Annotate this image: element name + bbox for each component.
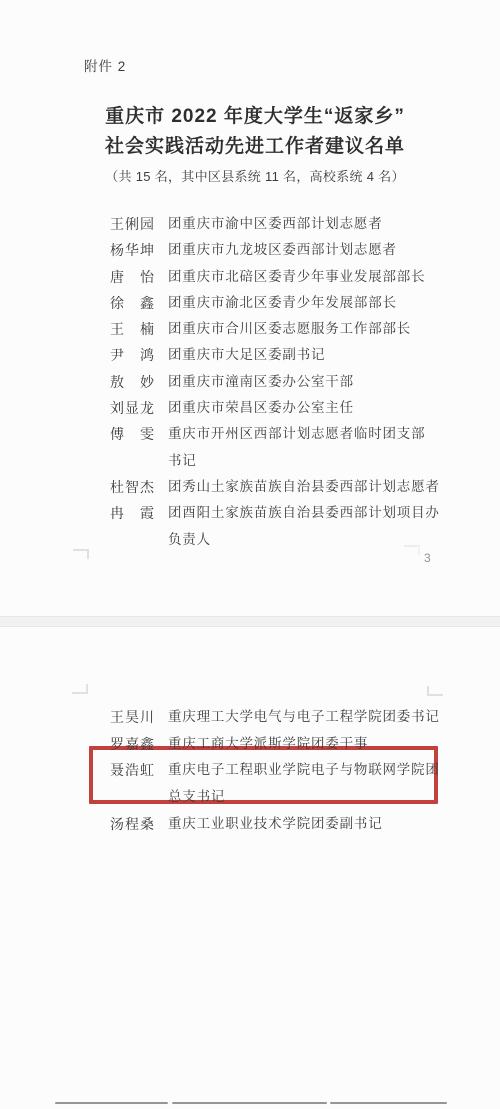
list-entry: 杨华坤团重庆市九龙坡区委西部计划志愿者 xyxy=(110,237,440,263)
list-entry: 刘显龙团重庆市荣昌区委办公室主任 xyxy=(110,395,440,421)
list-entry: 徐 鑫团重庆市渝北区委青少年发展部部长 xyxy=(110,290,440,316)
document-title-line-1: 重庆市 2022 年度大学生“返家乡” xyxy=(20,102,490,132)
list-entry: 王 楠团重庆市合川区委志愿服务工作部部长 xyxy=(110,316,440,342)
entry-name: 聂浩虹 xyxy=(110,757,156,784)
entry-position-line: 团重庆市渝中区委西部计划志愿者 xyxy=(168,211,383,237)
entry-position-line: 团重庆市九龙坡区委西部计划志愿者 xyxy=(168,237,397,263)
page2-name-list: 王昊川重庆理工大学电气与电子工程学院团委书记罗嘉鑫重庆工商大学派斯学院团委干事聂… xyxy=(110,704,440,838)
crop-mark-icon xyxy=(427,686,443,696)
entry-position: 团秀山土家族苗族自治县委西部计划志愿者 xyxy=(168,474,440,500)
entry-position-line: 团重庆市大足区委副书记 xyxy=(168,342,325,368)
entry-position: 团重庆市荣昌区委办公室主任 xyxy=(168,395,354,421)
entry-name: 杨华坤 xyxy=(110,237,156,263)
entry-position: 重庆工商大学派斯学院团委干事 xyxy=(168,731,368,758)
list-entry: 敖 妙团重庆市潼南区委办公室干部 xyxy=(110,369,440,395)
list-entry-highlighted: 聂浩虹重庆电子工程职业学院电子与物联网学院团总支书记 xyxy=(110,757,440,810)
entry-position-line: 书记 xyxy=(168,448,425,474)
list-entry: 汤程桑重庆工业职业技术学院团委副书记 xyxy=(110,811,440,838)
list-entry: 王俐园团重庆市渝中区委西部计划志愿者 xyxy=(110,211,440,237)
entry-position-line: 团重庆市北碚区委青少年事业发展部部长 xyxy=(168,264,425,290)
entry-position: 团重庆市合川区委志愿服务工作部部长 xyxy=(168,316,411,342)
bottom-rule-segment xyxy=(172,1102,327,1104)
crop-mark-icon xyxy=(404,545,420,555)
entry-name: 王俐园 xyxy=(110,211,156,237)
entry-name: 尹 鸿 xyxy=(110,342,156,368)
page-separator xyxy=(0,616,500,627)
entry-position-line: 重庆市开州区西部计划志愿者临时团支部 xyxy=(168,421,425,447)
entry-position-line: 重庆工业职业技术学院团委副书记 xyxy=(168,811,383,838)
entry-position-line: 重庆电子工程职业学院电子与物联网学院团 xyxy=(168,757,440,784)
list-entry: 傅 雯重庆市开州区西部计划志愿者临时团支部书记 xyxy=(110,421,440,474)
entry-name: 傅 雯 xyxy=(110,421,156,447)
entry-position-line: 负责人 xyxy=(168,527,440,553)
page-number: 3 xyxy=(424,551,431,565)
crop-mark-icon xyxy=(72,684,88,694)
document-screenshot: 附件 2 重庆市 2022 年度大学生“返家乡” 社会实践活动先进工作者建议名单… xyxy=(0,0,500,1109)
entry-position: 团重庆市九龙坡区委西部计划志愿者 xyxy=(168,237,397,263)
entry-position-line: 总支书记 xyxy=(168,784,440,811)
entry-position: 重庆工业职业技术学院团委副书记 xyxy=(168,811,383,838)
entry-name: 杜智杰 xyxy=(110,474,156,500)
entry-position: 团酉阳土家族苗族自治县委西部计划项目办负责人 xyxy=(168,500,440,553)
list-entry: 罗嘉鑫重庆工商大学派斯学院团委干事 xyxy=(110,731,440,758)
entry-position: 团重庆市北碚区委青少年事业发展部部长 xyxy=(168,264,425,290)
entry-position-line: 团重庆市渝北区委青少年发展部部长 xyxy=(168,290,397,316)
list-entry: 尹 鸿团重庆市大足区委副书记 xyxy=(110,342,440,368)
entry-name: 徐 鑫 xyxy=(110,290,156,316)
attachment-label: 附件 2 xyxy=(84,55,126,75)
entry-position: 重庆市开州区西部计划志愿者临时团支部书记 xyxy=(168,421,425,474)
crop-mark-icon xyxy=(73,549,89,559)
entry-name: 罗嘉鑫 xyxy=(110,731,156,758)
entry-position: 团重庆市渝北区委青少年发展部部长 xyxy=(168,290,397,316)
entry-name: 冉 霞 xyxy=(110,500,156,526)
entry-position: 团重庆市潼南区委办公室干部 xyxy=(168,369,354,395)
document-title-line-2: 社会实践活动先进工作者建议名单 xyxy=(20,132,490,162)
entry-name: 敖 妙 xyxy=(110,369,156,395)
page1-name-list: 王俐园团重庆市渝中区委西部计划志愿者杨华坤团重庆市九龙坡区委西部计划志愿者唐 怡… xyxy=(110,211,440,553)
entry-position-line: 团秀山土家族苗族自治县委西部计划志愿者 xyxy=(168,474,440,500)
list-entry: 冉 霞团酉阳土家族苗族自治县委西部计划项目办负责人 xyxy=(110,500,440,553)
entry-position: 团重庆市大足区委副书记 xyxy=(168,342,325,368)
entry-position-line: 团重庆市潼南区委办公室干部 xyxy=(168,369,354,395)
entry-position-line: 重庆理工大学电气与电子工程学院团委书记 xyxy=(168,704,440,731)
document-subtitle: （共 15 名，其中区县系统 11 名，高校系统 4 名） xyxy=(20,166,490,185)
entry-name: 唐 怡 xyxy=(110,264,156,290)
entry-position-line: 团重庆市荣昌区委办公室主任 xyxy=(168,395,354,421)
bottom-rule-segment xyxy=(330,1102,447,1104)
entry-name: 王 楠 xyxy=(110,316,156,342)
entry-position-line: 团重庆市合川区委志愿服务工作部部长 xyxy=(168,316,411,342)
entry-position-line: 重庆工商大学派斯学院团委干事 xyxy=(168,731,368,758)
entry-position: 重庆理工大学电气与电子工程学院团委书记 xyxy=(168,704,440,731)
entry-position: 重庆电子工程职业学院电子与物联网学院团总支书记 xyxy=(168,757,440,810)
entry-name: 王昊川 xyxy=(110,704,156,731)
list-entry: 杜智杰团秀山土家族苗族自治县委西部计划志愿者 xyxy=(110,474,440,500)
list-entry: 唐 怡团重庆市北碚区委青少年事业发展部部长 xyxy=(110,264,440,290)
list-entry: 王昊川重庆理工大学电气与电子工程学院团委书记 xyxy=(110,704,440,731)
entry-position-line: 团酉阳土家族苗族自治县委西部计划项目办 xyxy=(168,500,440,526)
document-header: 重庆市 2022 年度大学生“返家乡” 社会实践活动先进工作者建议名单 （共 1… xyxy=(20,102,490,185)
entry-position: 团重庆市渝中区委西部计划志愿者 xyxy=(168,211,383,237)
entry-name: 刘显龙 xyxy=(110,395,156,421)
entry-name: 汤程桑 xyxy=(110,811,156,838)
bottom-rule-segment xyxy=(55,1102,168,1104)
